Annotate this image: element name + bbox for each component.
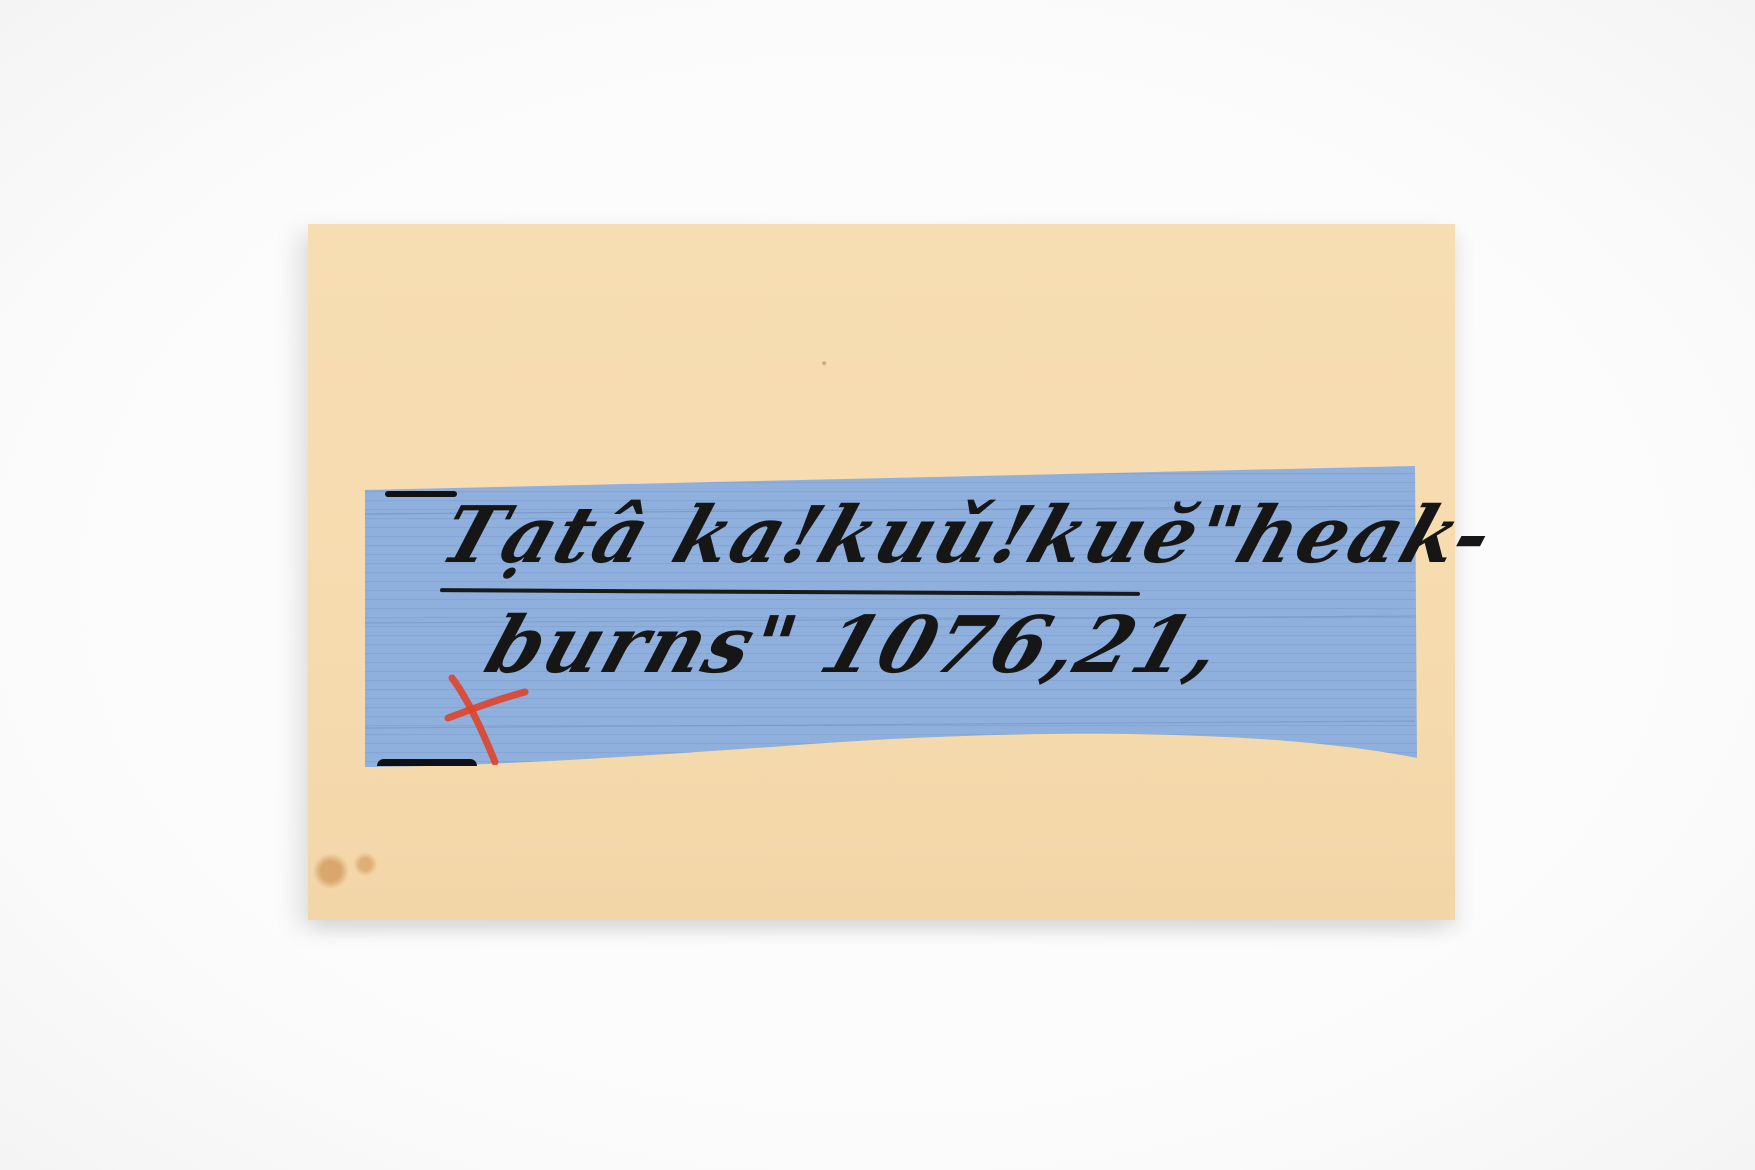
handwritten-line-1: Tạtâ ka!kuǔ!kuĕ"heak- [430,490,1506,581]
ink-dash-top [385,491,457,497]
handwritten-line-2: burns" 1076,21, [475,600,1235,691]
red-cross-mark [440,670,530,765]
